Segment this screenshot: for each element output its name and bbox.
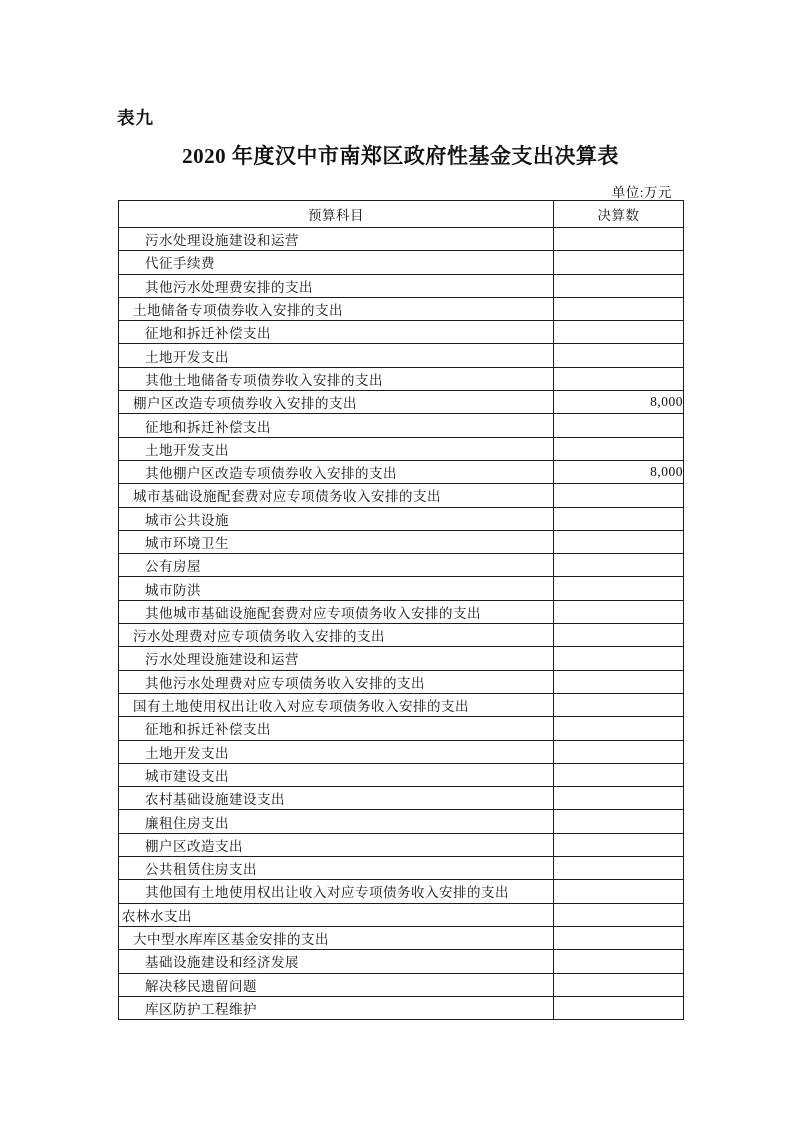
- amount-value-cell: [554, 717, 684, 740]
- table-number-label: 表九: [117, 105, 154, 130]
- amount-value-cell: [554, 857, 684, 880]
- amount-value-cell: 8,000: [554, 460, 684, 483]
- table-header-row: 预算科目 决算数: [119, 201, 684, 228]
- budget-subject-cell: 土地开发支出: [119, 740, 554, 763]
- amount-value-cell: [554, 740, 684, 763]
- unit-note: 单位:万元: [118, 181, 683, 201]
- amount-value-cell: [554, 787, 684, 810]
- table-row: 库区防护工程维护: [119, 996, 684, 1019]
- amount-value-cell: [554, 600, 684, 623]
- table-row: 公共租赁住房支出: [119, 857, 684, 880]
- table-row: 城市公共设施: [119, 507, 684, 530]
- budget-subject-cell: 其他污水处理费安排的支出: [119, 274, 554, 297]
- budget-subject-cell: 公有房屋: [119, 554, 554, 577]
- amount-value-cell: [554, 507, 684, 530]
- table-row: 城市建设支出: [119, 763, 684, 786]
- table-row: 公有房屋: [119, 554, 684, 577]
- table-row: 其他国有土地使用权出让收入对应专项债务收入安排的支出: [119, 880, 684, 903]
- table-row: 其他土地储备专项债券收入安排的支出: [119, 367, 684, 390]
- budget-subject-cell: 解决移民遗留问题: [119, 973, 554, 996]
- budget-subject-cell: 征地和拆迁补偿支出: [119, 717, 554, 740]
- budget-subject-cell: 其他国有土地使用权出让收入对应专项债务收入安排的支出: [119, 880, 554, 903]
- amount-value-cell: [554, 833, 684, 856]
- budget-subject-cell: 征地和拆迁补偿支出: [119, 321, 554, 344]
- amount-value-cell: 8,000: [554, 391, 684, 414]
- amount-value-cell: [554, 228, 684, 251]
- table-row: 大中型水库库区基金安排的支出: [119, 926, 684, 949]
- amount-value-cell: [554, 437, 684, 460]
- table-row: 其他棚户区改造专项债券收入安排的支出 8,000: [119, 460, 684, 483]
- budget-subject-cell: 其他棚户区改造专项债券收入安排的支出: [119, 460, 554, 483]
- amount-value-cell: [554, 926, 684, 949]
- budget-subject-cell: 城市环境卫生: [119, 530, 554, 553]
- table-row: 土地储备专项债券收入安排的支出: [119, 297, 684, 320]
- budget-subject-cell: 城市公共设施: [119, 507, 554, 530]
- table-row: 廉租住房支出: [119, 810, 684, 833]
- budget-subject-cell: 代征手续费: [119, 251, 554, 274]
- table-row: 城市环境卫生: [119, 530, 684, 553]
- budget-subject-cell: 库区防护工程维护: [119, 996, 554, 1019]
- budget-subject-cell: 大中型水库库区基金安排的支出: [119, 926, 554, 949]
- amount-value-cell: [554, 344, 684, 367]
- amount-value-cell: [554, 274, 684, 297]
- amount-value-cell: [554, 670, 684, 693]
- table-row: 土地开发支出: [119, 437, 684, 460]
- table-row: 污水处理费对应专项债务收入安排的支出: [119, 624, 684, 647]
- budget-subject-cell: 土地储备专项债券收入安排的支出: [119, 297, 554, 320]
- budget-subject-cell: 其他城市基础设施配套费对应专项债务收入安排的支出: [119, 600, 554, 623]
- amount-value-cell: [554, 647, 684, 670]
- table-row: 土地开发支出: [119, 740, 684, 763]
- budget-subject-cell: 城市基础设施配套费对应专项债务收入安排的支出: [119, 484, 554, 507]
- table-row: 城市防洪: [119, 577, 684, 600]
- budget-subject-cell: 国有土地使用权出让收入对应专项债务收入安排的支出: [119, 693, 554, 716]
- amount-value-cell: [554, 414, 684, 437]
- budget-subject-cell: 棚户区改造支出: [119, 833, 554, 856]
- amount-value-cell: [554, 321, 684, 344]
- budget-subject-cell: 农林水支出: [119, 903, 554, 926]
- table-row: 其他污水处理费对应专项债务收入安排的支出: [119, 670, 684, 693]
- budget-subject-cell: 城市建设支出: [119, 763, 554, 786]
- budget-subject-cell: 其他土地储备专项债券收入安排的支出: [119, 367, 554, 390]
- table-row: 其他污水处理费安排的支出: [119, 274, 684, 297]
- amount-value-cell: [554, 950, 684, 973]
- budget-subject-cell: 棚户区改造专项债券收入安排的支出: [119, 391, 554, 414]
- amount-value-cell: [554, 903, 684, 926]
- document-page: 表九 2020 年度汉中市南郑区政府性基金支出决算表 单位:万元 预算科目 决算…: [0, 0, 793, 1122]
- budget-subject-cell: 征地和拆迁补偿支出: [119, 414, 554, 437]
- amount-value-cell: [554, 367, 684, 390]
- amount-value-cell: [554, 763, 684, 786]
- amount-value-cell: [554, 577, 684, 600]
- budget-subject-cell: 农村基础设施建设支出: [119, 787, 554, 810]
- amount-value-cell: [554, 880, 684, 903]
- amount-value-cell: [554, 624, 684, 647]
- table-row: 征地和拆迁补偿支出: [119, 414, 684, 437]
- amount-value-cell: [554, 297, 684, 320]
- amount-value-cell: [554, 996, 684, 1019]
- amount-value-cell: [554, 693, 684, 716]
- column-header-amount: 决算数: [554, 201, 684, 228]
- budget-subject-cell: 土地开发支出: [119, 437, 554, 460]
- amount-value-cell: [554, 554, 684, 577]
- budget-subject-cell: 城市防洪: [119, 577, 554, 600]
- budget-subject-cell: 其他污水处理费对应专项债务收入安排的支出: [119, 670, 554, 693]
- budget-subject-cell: 基础设施建设和经济发展: [119, 950, 554, 973]
- table-row: 其他城市基础设施配套费对应专项债务收入安排的支出: [119, 600, 684, 623]
- amount-value-cell: [554, 973, 684, 996]
- amount-value-cell: [554, 251, 684, 274]
- budget-subject-cell: 土地开发支出: [119, 344, 554, 367]
- budget-subject-cell: 污水处理费对应专项债务收入安排的支出: [119, 624, 554, 647]
- budget-subject-cell: 污水处理设施建设和运营: [119, 647, 554, 670]
- amount-value-cell: [554, 530, 684, 553]
- table-row: 解决移民遗留问题: [119, 973, 684, 996]
- table-row: 征地和拆迁补偿支出: [119, 321, 684, 344]
- table-row: 征地和拆迁补偿支出: [119, 717, 684, 740]
- table-row: 国有土地使用权出让收入对应专项债务收入安排的支出: [119, 693, 684, 716]
- table-row: 基础设施建设和经济发展: [119, 950, 684, 973]
- budget-subject-cell: 污水处理设施建设和运营: [119, 228, 554, 251]
- budget-subject-cell: 廉租住房支出: [119, 810, 554, 833]
- table-row: 城市基础设施配套费对应专项债务收入安排的支出: [119, 484, 684, 507]
- column-header-subject: 预算科目: [119, 201, 554, 228]
- table-row: 农林水支出: [119, 903, 684, 926]
- table-row: 污水处理设施建设和运营: [119, 228, 684, 251]
- table-row: 土地开发支出: [119, 344, 684, 367]
- table-row: 污水处理设施建设和运营: [119, 647, 684, 670]
- budget-subject-cell: 公共租赁住房支出: [119, 857, 554, 880]
- table-row: 棚户区改造支出: [119, 833, 684, 856]
- table-row: 棚户区改造专项债券收入安排的支出 8,000: [119, 391, 684, 414]
- table-row: 农村基础设施建设支出: [119, 787, 684, 810]
- amount-value-cell: [554, 484, 684, 507]
- table-row: 代征手续费: [119, 251, 684, 274]
- budget-table: 预算科目 决算数 污水处理设施建设和运营 代征手续费 其他污水处理费安排的支出 …: [118, 200, 684, 1020]
- page-title: 2020 年度汉中市南郑区政府性基金支出决算表: [118, 140, 683, 170]
- amount-value-cell: [554, 810, 684, 833]
